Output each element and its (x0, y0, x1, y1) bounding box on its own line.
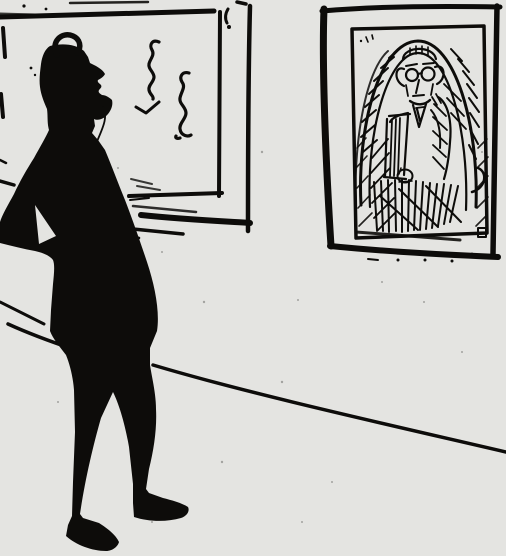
gallery-illustration (0, 0, 506, 556)
